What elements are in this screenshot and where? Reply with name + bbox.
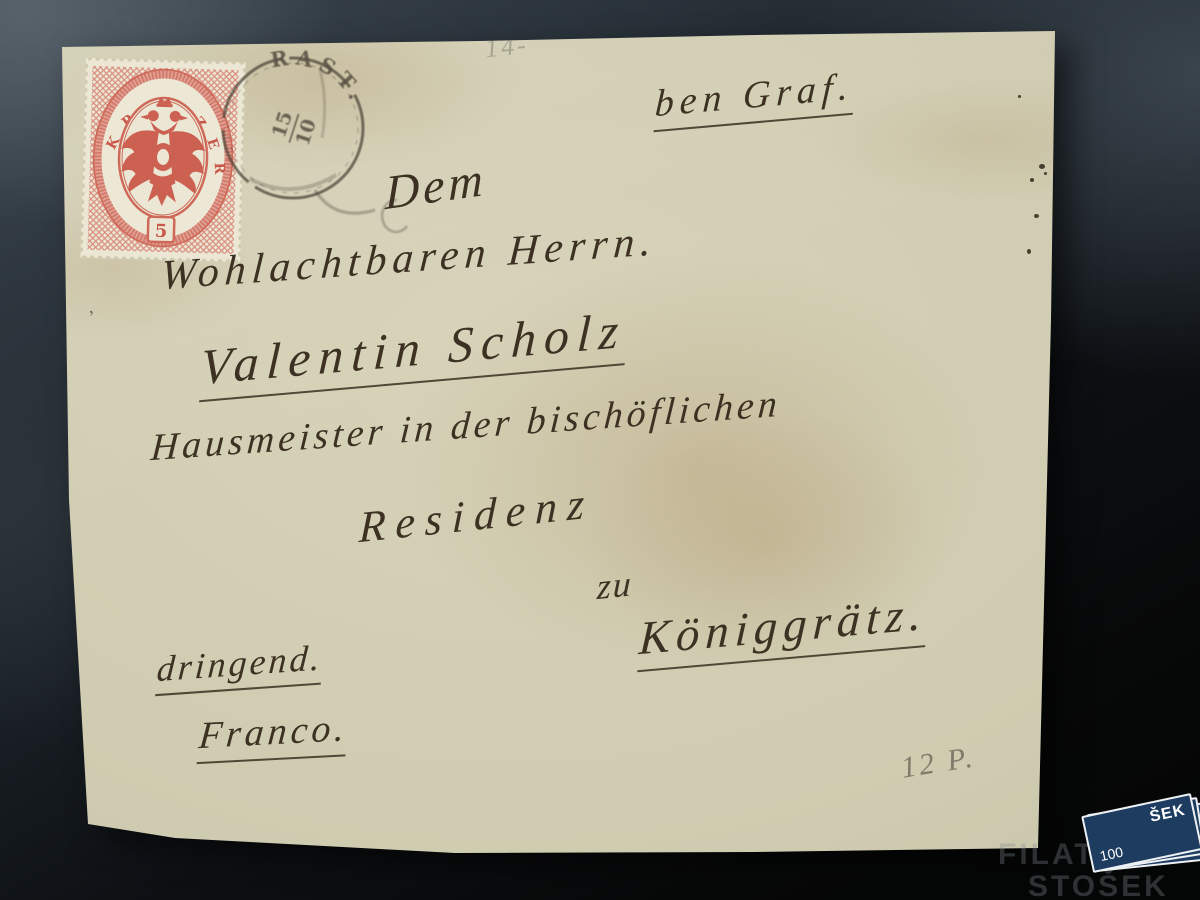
postmark-date: 15 10 bbox=[267, 107, 321, 150]
address-line-name: Valentin Scholz bbox=[199, 301, 627, 397]
photo-background: KREUZER bbox=[0, 0, 1200, 900]
ink-speck bbox=[1034, 214, 1039, 218]
watermark-logo: ŠEK 100 bbox=[1081, 793, 1200, 873]
address-line-zu: zu bbox=[596, 562, 633, 608]
pencil-note-bottom: 12 P. bbox=[899, 740, 978, 785]
docket-note: ben Graf. bbox=[654, 64, 855, 126]
stray-ink-mark: ’ bbox=[85, 307, 98, 329]
note-dringend: dringend. bbox=[156, 636, 325, 690]
envelope: KREUZER bbox=[55, 20, 1065, 860]
logo-sek-label: ŠEK bbox=[1148, 802, 1187, 827]
addressee-name: Valentin Scholz bbox=[199, 302, 628, 403]
note-franco: Franco. bbox=[197, 706, 350, 758]
franco-text: Franco. bbox=[197, 707, 350, 764]
ink-speck bbox=[1039, 164, 1045, 169]
ink-speck bbox=[1030, 178, 1034, 182]
ink-speck bbox=[1027, 249, 1031, 254]
city-name: Königgrätz. bbox=[637, 588, 928, 673]
ink-speck bbox=[1018, 95, 1021, 98]
dringend-text: dringend. bbox=[155, 637, 324, 696]
docket-text: ben Graf. bbox=[654, 65, 855, 132]
envelope-wrapper: KREUZER bbox=[55, 20, 1065, 860]
address-line-salutation: Dem bbox=[385, 151, 487, 221]
address-line-residence: Residenz bbox=[358, 477, 595, 553]
stamp-denomination: 5 bbox=[154, 221, 167, 242]
logo-value-label: 100 bbox=[1098, 844, 1124, 865]
pencil-note-top: 14- bbox=[484, 30, 531, 64]
ink-speck bbox=[1044, 172, 1047, 175]
watermark-text-line2: STOŠEK bbox=[1028, 870, 1169, 900]
address-line-city: Königgrätz. bbox=[638, 587, 929, 667]
